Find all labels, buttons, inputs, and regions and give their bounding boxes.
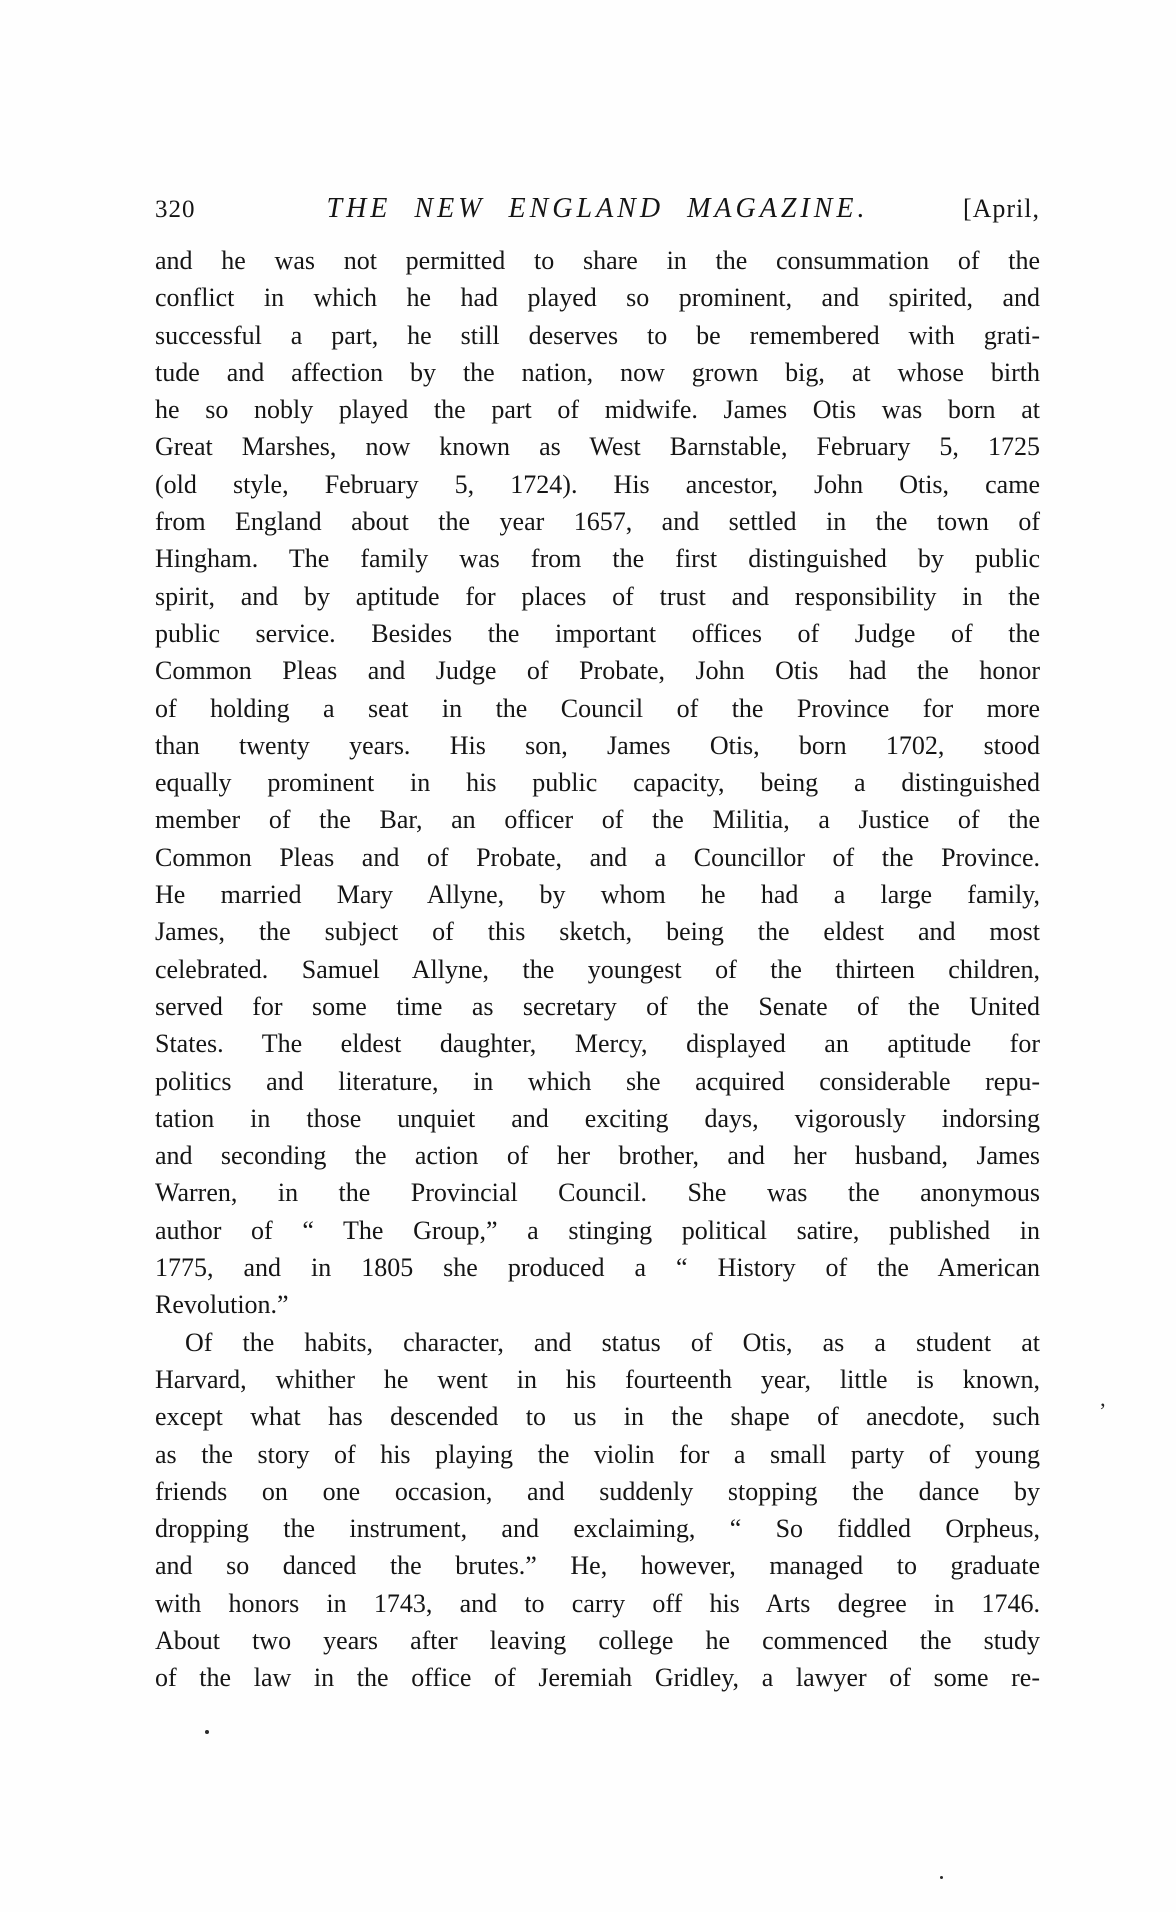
- text-line: Harvard, whither he went in his fourteen…: [155, 1361, 1040, 1398]
- text-line: equally prominent in his public capacity…: [155, 764, 1040, 801]
- text-line: except what has descended to us in the s…: [155, 1398, 1040, 1435]
- text-line: friends on one occasion, and suddenly st…: [155, 1473, 1040, 1510]
- text-line: as the story of his playing the violin f…: [155, 1436, 1040, 1473]
- text-line: Of the habits, character, and status of …: [155, 1324, 1040, 1361]
- text-line: politics and literature, in which she ac…: [155, 1063, 1040, 1100]
- paragraph-1: and he was not permitted to share in the…: [155, 242, 1040, 1324]
- issue-date: [April,: [920, 194, 1040, 224]
- text-line: served for some time as secretary of the…: [155, 988, 1040, 1025]
- text-line: successful a part, he still deserves to …: [155, 317, 1040, 354]
- text-line: (old style, February 5, 1724). His ances…: [155, 466, 1040, 503]
- text-line: tude and affection by the nation, now gr…: [155, 354, 1040, 391]
- text-line: He married Mary Allyne, by whom he had a…: [155, 876, 1040, 913]
- text-line: About two years after leaving college he…: [155, 1622, 1040, 1659]
- text-line: than twenty years. His son, James Otis, …: [155, 727, 1040, 764]
- paragraph-2: Of the habits, character, and status of …: [155, 1324, 1040, 1697]
- text-line: author of “ The Group,” a stinging polit…: [155, 1212, 1040, 1249]
- text-line: Revolution.”: [155, 1286, 1040, 1323]
- text-line: celebrated. Samuel Allyne, the youngest …: [155, 951, 1040, 988]
- journal-title: THE NEW ENGLAND MAGAZINE.: [275, 193, 920, 225]
- scan-speck: [940, 1876, 943, 1879]
- text-line: and seconding the action of her brother,…: [155, 1137, 1040, 1174]
- text-line: dropping the instrument, and exclaiming,…: [155, 1510, 1040, 1547]
- text-line: public service. Besides the important of…: [155, 615, 1040, 652]
- text-line: Common Pleas and Judge of Probate, John …: [155, 652, 1040, 689]
- text-line: Warren, in the Provincial Council. She w…: [155, 1174, 1040, 1211]
- text-line: of holding a seat in the Council of the …: [155, 690, 1040, 727]
- scan-artifact-mark: ’: [1099, 1398, 1106, 1424]
- text-line: Great Marshes, now known as West Barnsta…: [155, 428, 1040, 465]
- text-line: member of the Bar, an officer of the Mil…: [155, 801, 1040, 838]
- magazine-page: 320 THE NEW ENGLAND MAGAZINE. [April, an…: [0, 0, 1176, 1912]
- text-line: States. The eldest daughter, Mercy, disp…: [155, 1025, 1040, 1062]
- text-line: 1775, and in 1805 she produced a “ Histo…: [155, 1249, 1040, 1286]
- text-line: of the law in the office of Jeremiah Gri…: [155, 1659, 1040, 1696]
- text-line: Common Pleas and of Probate, and a Counc…: [155, 839, 1040, 876]
- text-line: with honors in 1743, and to carry off hi…: [155, 1585, 1040, 1622]
- text-line: tation in those unquiet and exciting day…: [155, 1100, 1040, 1137]
- scan-speck: [205, 1730, 209, 1734]
- article-body: and he was not permitted to share in the…: [155, 242, 1040, 1697]
- text-line: conflict in which he had played so promi…: [155, 279, 1040, 316]
- text-line: and he was not permitted to share in the…: [155, 242, 1040, 279]
- text-line: Hingham. The family was from the first d…: [155, 540, 1040, 577]
- text-line: spirit, and by aptitude for places of tr…: [155, 578, 1040, 615]
- page-number: 320: [155, 196, 275, 224]
- text-line: he so nobly played the part of midwife. …: [155, 391, 1040, 428]
- text-line: James, the subject of this sketch, being…: [155, 913, 1040, 950]
- page-header: 320 THE NEW ENGLAND MAGAZINE. [April,: [155, 193, 1040, 225]
- text-line: from England about the year 1657, and se…: [155, 503, 1040, 540]
- text-line: and so danced the brutes.” He, however, …: [155, 1547, 1040, 1584]
